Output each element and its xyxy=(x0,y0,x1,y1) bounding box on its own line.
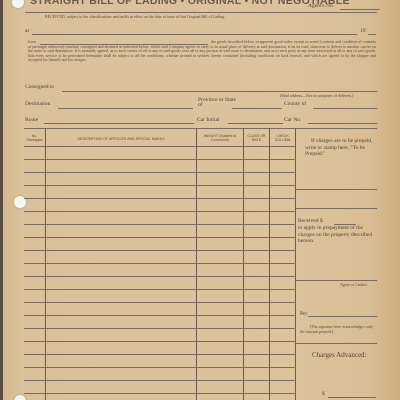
charges-advanced-label: Charges Advanced: xyxy=(312,351,367,359)
received-text: to apply in prepayment of the charges on… xyxy=(298,225,378,245)
route-field[interactable] xyxy=(44,123,194,124)
received-line: RECEIVED, subject to the classifications… xyxy=(45,14,225,19)
table-header-rule xyxy=(24,146,296,147)
prepaid-note: If charges are to be prepaid, write or s… xyxy=(305,138,377,158)
consigned-to-label: Consigned to xyxy=(25,84,54,90)
car-initial-label: Car Initial xyxy=(197,117,219,123)
header-description: DESCRIPTION OF ARTICLES AND SPECIAL MARK… xyxy=(46,137,196,141)
table-row[interactable] xyxy=(24,367,296,368)
table-row[interactable] xyxy=(24,263,296,264)
bill-of-lading-page: STRAIGHT BILL OF LADING • ORIGINAL • NOT… xyxy=(0,0,400,400)
table-row[interactable] xyxy=(24,393,296,394)
at-field[interactable] xyxy=(32,34,357,35)
table-row[interactable] xyxy=(24,276,296,277)
table-row[interactable] xyxy=(24,172,296,173)
document-title: STRAIGHT BILL OF LADING • ORIGINAL • NOT… xyxy=(30,0,350,7)
per-label: Per xyxy=(300,311,307,317)
table-row[interactable] xyxy=(24,237,296,238)
agent-cashier-field[interactable] xyxy=(296,280,377,281)
car-no-label: Car No. xyxy=(284,117,301,123)
province-state-label: Province or State of xyxy=(198,98,240,108)
terms-paragraph: the goods described below, in apparent g… xyxy=(28,40,376,63)
car-no-field[interactable] xyxy=(308,123,377,124)
county-label: County of xyxy=(284,101,306,107)
date-suffix: 19 xyxy=(360,28,366,34)
table-row[interactable] xyxy=(24,198,296,199)
punch-hole-bottom xyxy=(14,395,26,400)
destination-label: Destination xyxy=(25,101,50,107)
table-row[interactable] xyxy=(24,341,296,342)
table-row[interactable] xyxy=(24,211,296,212)
header-class-rate: CLASS OR RATE xyxy=(244,134,269,142)
consigned-to-field[interactable] xyxy=(62,91,377,92)
col-divider-4 xyxy=(269,128,270,400)
header-weight: WEIGHT (Subject to Correction) xyxy=(197,134,243,142)
state-field[interactable] xyxy=(232,108,282,109)
per-field[interactable] xyxy=(308,316,377,317)
prepaid-stamp-area[interactable] xyxy=(296,189,377,190)
dollar-sign: $ xyxy=(322,391,325,397)
at-label: at xyxy=(25,28,29,34)
agent-cashier-label: Agent or Cashier xyxy=(340,282,367,287)
table-row[interactable] xyxy=(24,302,296,303)
table-row[interactable] xyxy=(24,380,296,381)
table-row[interactable] xyxy=(24,250,296,251)
table-row[interactable] xyxy=(24,159,296,160)
sidebar-rule-2 xyxy=(296,343,377,344)
punch-hole-top xyxy=(12,0,24,8)
table-row[interactable] xyxy=(24,289,296,290)
table-row[interactable] xyxy=(24,224,296,225)
table-row[interactable] xyxy=(24,185,296,186)
agents-no-label: Agent's No. xyxy=(308,3,334,9)
county-field[interactable] xyxy=(313,108,377,109)
header-no-packages: No. Packages xyxy=(24,134,45,142)
table-row[interactable] xyxy=(24,315,296,316)
col-divider-2 xyxy=(196,128,197,400)
col-divider-5 xyxy=(295,128,296,400)
year-field[interactable] xyxy=(368,34,376,35)
destination-field[interactable] xyxy=(58,108,193,109)
mail-address-note: (Mail address—Not for purposes of delive… xyxy=(280,93,353,98)
route-label: Route xyxy=(25,117,38,123)
car-initial-field[interactable] xyxy=(228,123,283,124)
header-check-column: CHECK COLUMN xyxy=(270,134,295,142)
col-divider-1 xyxy=(45,128,46,400)
received-label: Received $ xyxy=(298,218,323,225)
table-top-rule xyxy=(24,128,377,129)
table-row[interactable] xyxy=(24,328,296,329)
agents-no-field[interactable] xyxy=(340,9,380,10)
charges-advanced-field[interactable] xyxy=(328,397,376,398)
title-rule xyxy=(25,12,377,13)
sidebar-rule xyxy=(296,208,377,209)
table-row[interactable] xyxy=(24,354,296,355)
signature-note: (The signature here acknowledges only th… xyxy=(300,325,378,334)
col-divider-3 xyxy=(243,128,244,400)
page-edge xyxy=(0,0,3,400)
